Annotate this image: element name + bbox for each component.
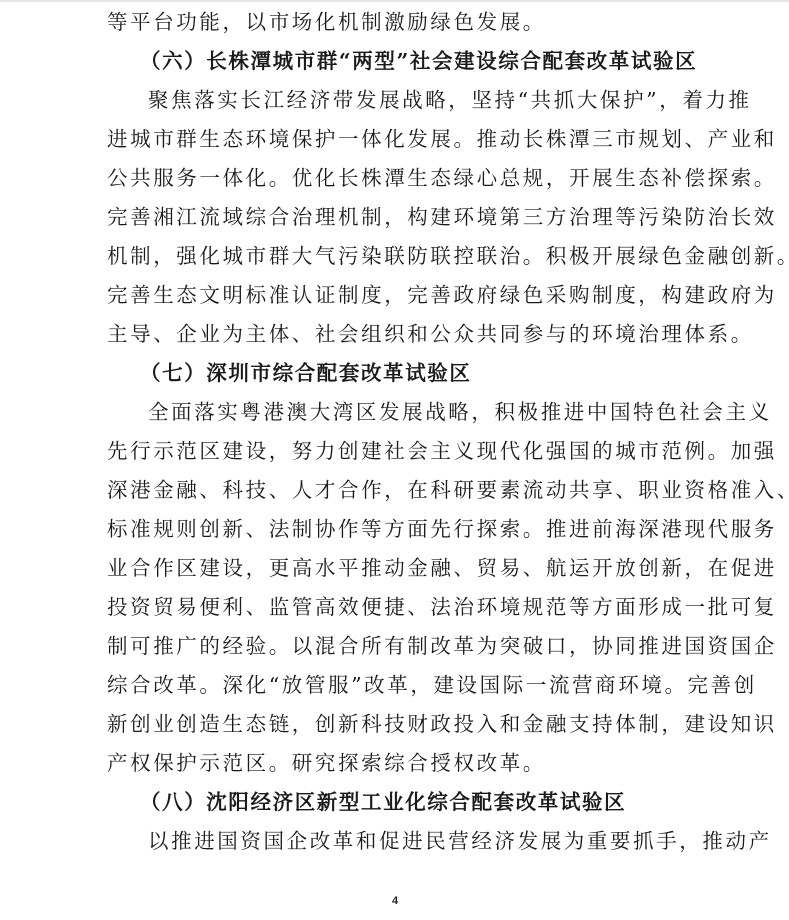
paragraph-line: 主导、企业为主体、社会组织和公众共同参与的环境治理体系。 [107,315,687,354]
paragraph-line: 机制，强化城市群大气污染联防联控联治。积极开展绿色金融创新。 [107,237,687,276]
document-page: 等平台功能，以市场化机制激励绿色发展。 （六）长株潭城市群“两型”社会建设综合配… [107,3,687,861]
paragraph-line: 业合作区建设，更高水平推动金融、贸易、航运开放创新，在促进 [107,549,687,588]
paragraph-line: 以推进国资国企改革和促进民营经济发展为重要抓手，推动产 [107,822,687,861]
paragraph-line: 完善湘江流域综合治理机制，构建环境第三方治理等污染防治长效 [107,198,687,237]
paragraph-line: 标准规则创新、法制协作等方面先行探索。推进前海深港现代服务 [107,510,687,549]
section-heading-7: （七）深圳市综合配套改革试验区 [107,354,687,393]
paragraph-line: 综合改革。深化“放管服”改革，建设国际一流营商环境。完善创 [107,666,687,705]
paragraph-line: 公共服务一体化。优化长株潭生态绿心总规，开展生态补偿探索。 [107,159,687,198]
paragraph-line: 等平台功能，以市场化机制激励绿色发展。 [107,3,687,42]
paragraph-line: 聚焦落实长江经济带发展战略，坚持“共抓大保护”，着力推 [107,81,687,120]
paragraph-line: 新创业创造生态链，创新科技财政投入和金融支持体制，建设知识 [107,705,687,744]
paragraph-line: 产权保护示范区。研究探索综合授权改革。 [107,744,687,783]
paragraph-line: 深港金融、科技、人才合作，在科研要素流动共享、职业资格准入、 [107,471,687,510]
page-number: 4 [388,895,402,907]
section-heading-6: （六）长株潭城市群“两型”社会建设综合配套改革试验区 [107,42,687,81]
paragraph-line: 先行示范区建设，努力创建社会主义现代化强国的城市范例。加强 [107,432,687,471]
paragraph-line: 制可推广的经验。以混合所有制改革为突破口，协同推进国资国企 [107,627,687,666]
section-heading-8: （八）沈阳经济区新型工业化综合配套改革试验区 [107,783,687,822]
paragraph-line: 投资贸易便利、监管高效便捷、法治环境规范等方面形成一批可复 [107,588,687,627]
paragraph-line: 全面落实粤港澳大湾区发展战略，积极推进中国特色社会主义 [107,393,687,432]
page-top-edge [0,0,789,2]
paragraph-line: 完善生态文明标准认证制度，完善政府绿色采购制度，构建政府为 [107,276,687,315]
paragraph-line: 进城市群生态环境保护一体化发展。推动长株潭三市规划、产业和 [107,120,687,159]
